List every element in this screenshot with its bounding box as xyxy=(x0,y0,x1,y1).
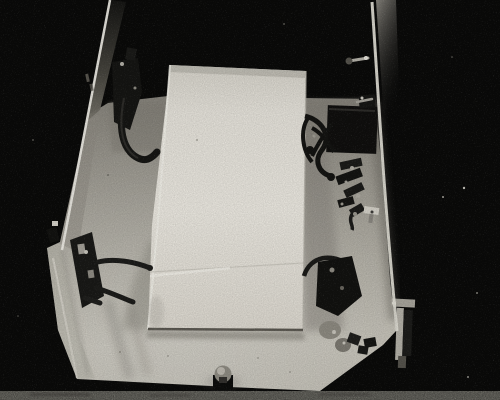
chassis-photograph xyxy=(0,0,500,400)
film-grain-dark xyxy=(0,0,500,400)
photo-canvas xyxy=(0,0,500,400)
